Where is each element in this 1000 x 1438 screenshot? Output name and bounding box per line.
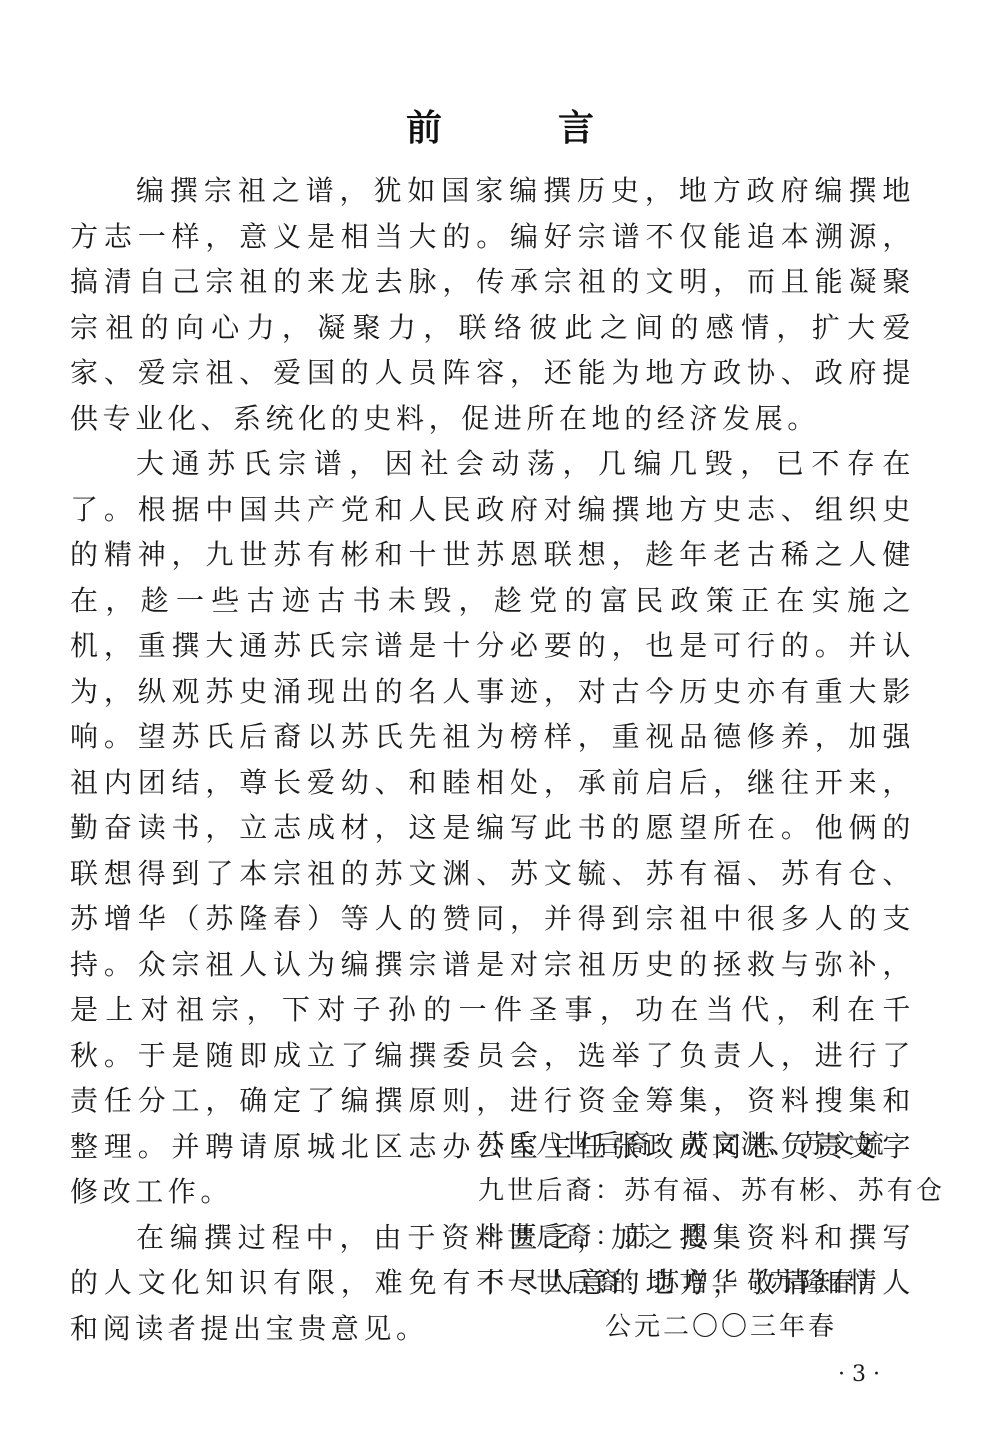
signature-line: 苏氏八世后裔：苏文渊、苏文毓 bbox=[478, 1122, 945, 1168]
date-line: 公元二〇〇三年春 bbox=[605, 1306, 837, 1343]
paragraph-1: 编撰宗祖之谱，犹如国家编撰历史，地方政府编撰地方志一样，意义是相当大的。编好宗谱… bbox=[70, 168, 915, 441]
signature-block: 苏氏八世后裔：苏文渊、苏文毓 九世后裔：苏有福、苏有彬、苏有仓 十世后裔：苏 恩… bbox=[478, 1122, 945, 1306]
signature-line: 十一世后裔：苏增华（苏隆春） bbox=[478, 1260, 945, 1306]
page-number: · 3 · bbox=[838, 1362, 880, 1387]
signature-line: 十世后裔：苏 恩 bbox=[478, 1214, 945, 1260]
page-title: 前 言 bbox=[0, 100, 1000, 151]
signature-line: 九世后裔：苏有福、苏有彬、苏有仓 bbox=[478, 1168, 945, 1214]
paragraph-2: 大通苏氏宗谱，因社会动荡，几编几毁，已不存在了。根据中国共产党和人民政府对编撰地… bbox=[70, 441, 915, 1215]
